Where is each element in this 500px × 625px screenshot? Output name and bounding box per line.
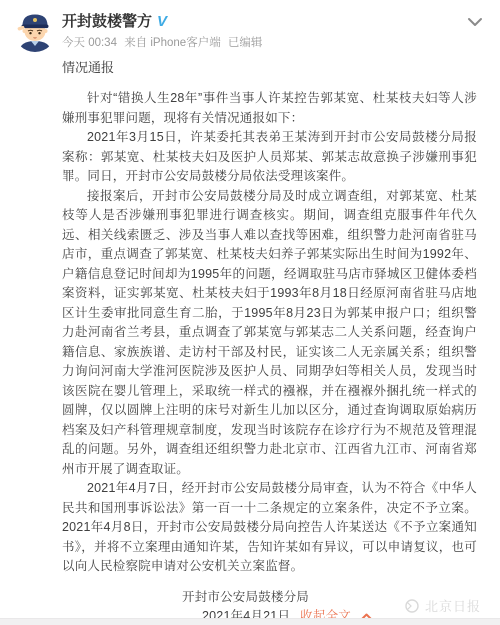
post-paragraph: 2021年4月7日，经开封市公安局鼓楼分局审查，认为不符合《中华人民共和国刑事诉…: [62, 479, 477, 577]
post-meta: 今天 00:34 来自 iPhone客户端 已编辑: [62, 36, 480, 50]
watermark-label: 北京日报: [425, 596, 481, 615]
post-time: 今天 00:34: [62, 37, 117, 49]
verified-badge-icon: V: [157, 13, 167, 31]
beijing-daily-logo-icon: [404, 598, 420, 614]
bottom-divider: [0, 618, 500, 625]
post-paragraph: 接报案后，开封市公安局鼓楼分局及时成立调查组，对郭某宽、杜某枝等人是否涉嫌刑事犯…: [62, 187, 477, 480]
post-header: 开封鼓楼警方 V 今天 00:34 来自 iPhone客户端 已编辑: [62, 0, 480, 50]
watermark: 北京日报: [404, 596, 481, 615]
post-paragraph: 针对“错换人生28年”事件当事人许某控告郭某宽、杜某枝夫妇等人涉嫌刑事犯罪问题，…: [62, 89, 477, 128]
edited-label: 已编辑: [228, 37, 263, 49]
username[interactable]: 开封鼓楼警方: [62, 13, 152, 31]
post-title: 情况通报: [62, 59, 480, 77]
police-officer-avatar-image: [14, 10, 56, 52]
chevron-down-icon[interactable]: [467, 14, 485, 28]
post-content: 针对“错换人生28年”事件当事人许某控告郭某宽、杜某枝夫妇等人涉嫌刑事犯罪问题，…: [62, 89, 477, 625]
post-source-link[interactable]: 来自 iPhone客户端: [124, 37, 221, 49]
avatar[interactable]: [14, 10, 56, 52]
post-paragraph: 2021年3月15日，许某委托其表弟王某涛到开封市公安局鼓楼分局报案称：郭某宽、…: [62, 128, 477, 187]
weibo-post: 开封鼓楼警方 V 今天 00:34 来自 iPhone客户端 已编辑 情况通报 …: [0, 0, 500, 625]
